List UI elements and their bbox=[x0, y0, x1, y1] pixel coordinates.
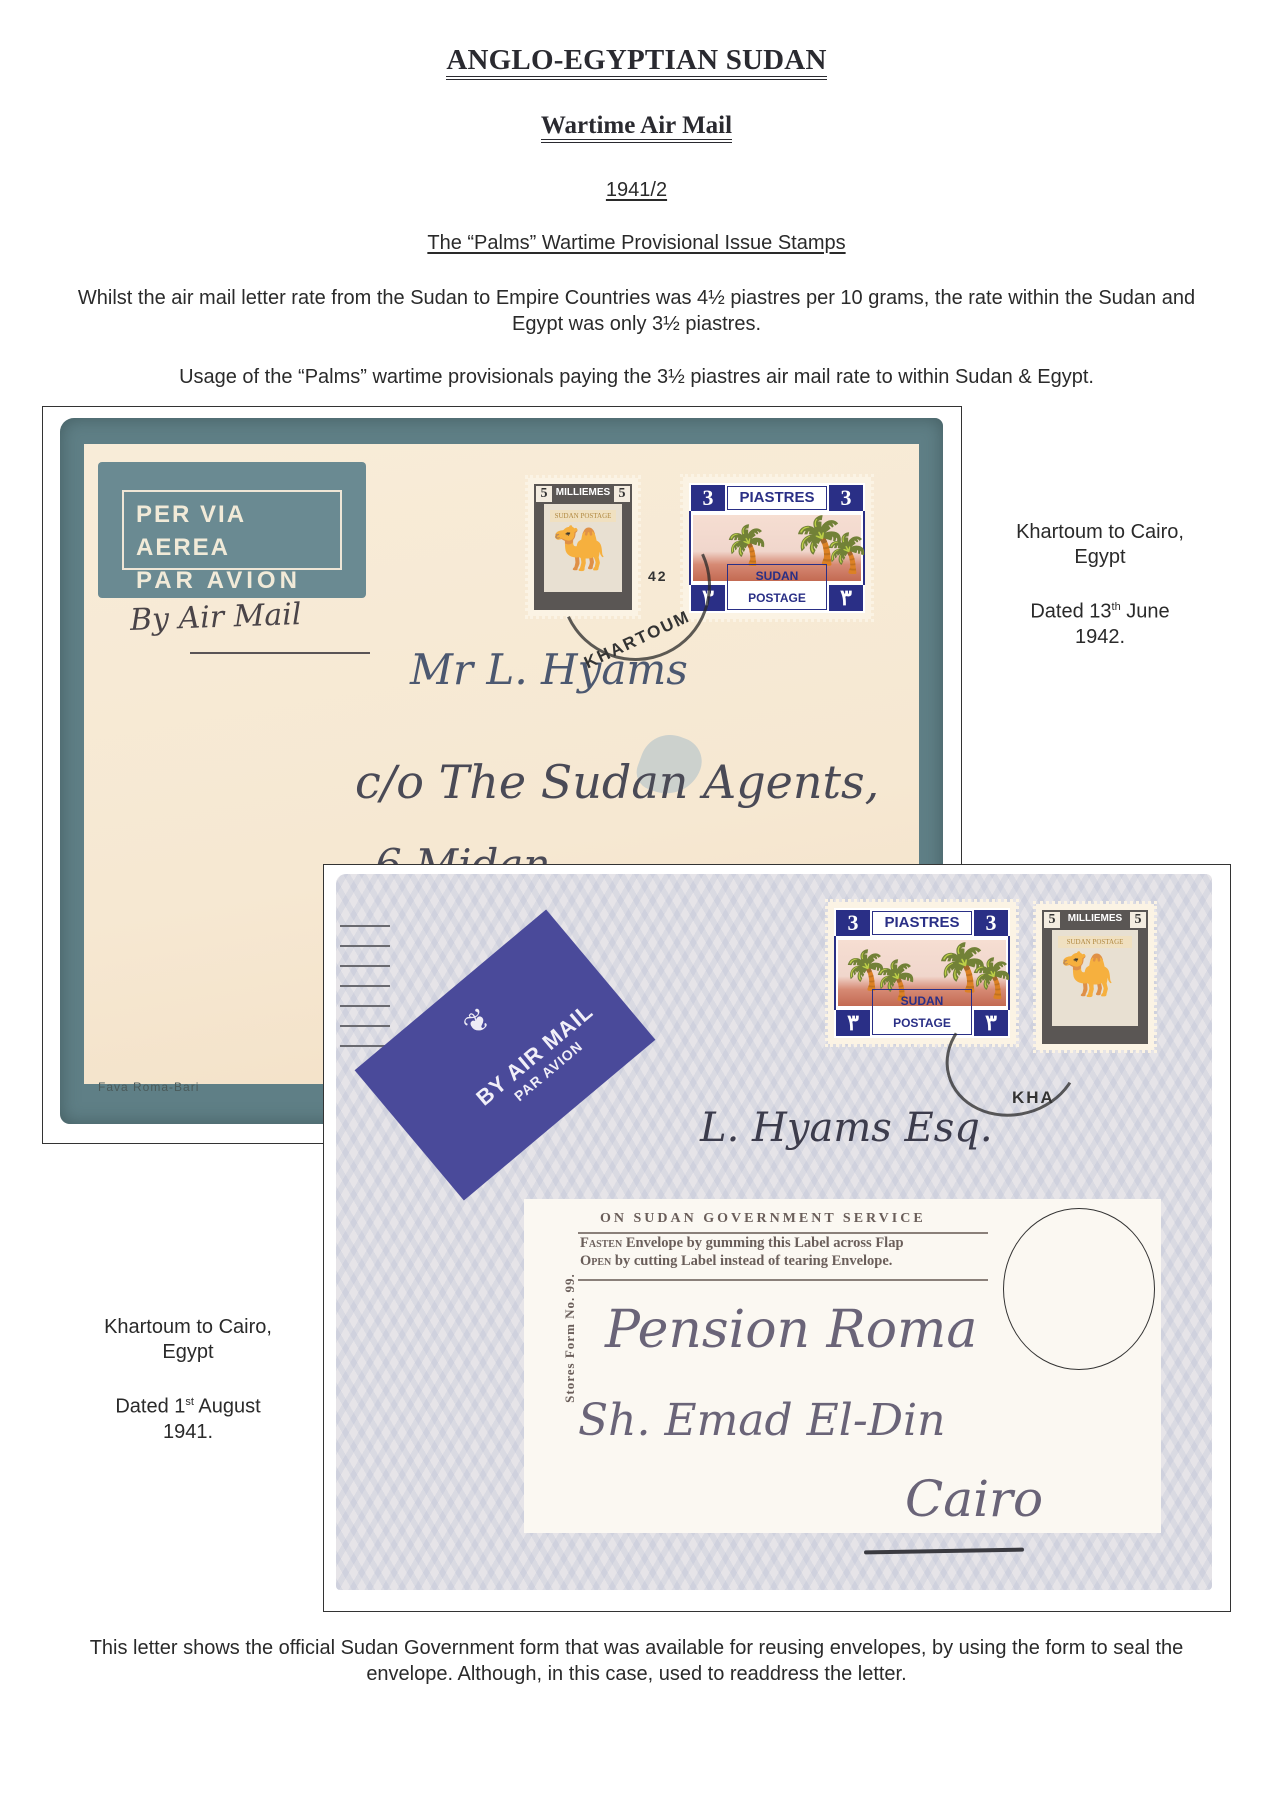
form-fasten-lead: Fasten bbox=[580, 1235, 622, 1251]
page-subtitle-text: Wartime Air Mail bbox=[541, 112, 732, 143]
palm-tree-icon: 🌴 bbox=[723, 527, 770, 565]
palm-tree-icon: 🌴 bbox=[823, 535, 870, 573]
cover2-address: L. Hyams Esq. bbox=[700, 1105, 993, 1151]
cover2-caption: Khartoum to Cairo, Egypt Dated 1st Augus… bbox=[68, 1315, 308, 1445]
issue-text: The “Palms” Wartime Provisional Issue St… bbox=[427, 232, 845, 254]
stamp-value: 3 bbox=[691, 485, 725, 511]
stamp-value: 3 bbox=[974, 910, 1008, 936]
machine-cancel-line bbox=[340, 1005, 390, 1007]
stamp-value: 5 bbox=[614, 486, 630, 502]
caption-date-ordinal: st bbox=[185, 1396, 194, 1408]
form-rule bbox=[578, 1279, 988, 1281]
machine-cancel-line bbox=[340, 945, 390, 947]
machine-cancel-line bbox=[340, 965, 390, 967]
camel-rider-icon: 🐪 bbox=[1060, 948, 1115, 1000]
manuscript-underline bbox=[190, 652, 370, 654]
cover1-caption: Khartoum to Cairo, Egypt Dated 13th June… bbox=[980, 520, 1220, 650]
form-open-text: by cutting Label instead of tearing Enve… bbox=[611, 1253, 892, 1269]
page-title-text: ANGLO-EGYPTIAN SUDAN bbox=[446, 44, 826, 80]
caption-country: Egypt bbox=[162, 1341, 213, 1363]
stamp-bottom-text: SUDAN POSTAGE bbox=[727, 564, 827, 610]
caption-year: 1941. bbox=[163, 1421, 213, 1443]
form-rule bbox=[578, 1232, 988, 1234]
stamp-value: 5 bbox=[1044, 912, 1060, 928]
stamp-value: 5 bbox=[536, 486, 552, 502]
postmark-town: KHA bbox=[1012, 1088, 1055, 1108]
caption-route: Khartoum to Cairo, bbox=[1016, 521, 1184, 543]
footer-paragraph: This letter shows the official Sudan Gov… bbox=[70, 1635, 1203, 1687]
caption-route: Khartoum to Cairo, bbox=[104, 1316, 272, 1338]
printer-imprint: Fava Roma-Bari bbox=[98, 1080, 199, 1094]
form-instruction-fasten: Fasten Envelope by gumming this Label ac… bbox=[580, 1235, 904, 1252]
postmark-date: 42 bbox=[648, 568, 668, 584]
usage-paragraph: Usage of the “Palms” wartime provisional… bbox=[60, 366, 1213, 389]
stamp-value: 5 bbox=[1130, 912, 1146, 928]
form-seal-circle bbox=[1003, 1208, 1155, 1370]
cover1-address-line2: c/o The Sudan Agents, bbox=[355, 755, 879, 809]
form-open-lead: Open bbox=[580, 1253, 611, 1269]
issue-heading: The “Palms” Wartime Provisional Issue St… bbox=[0, 232, 1273, 255]
stamp-banner: SUDAN POSTAGE bbox=[1058, 936, 1132, 948]
airmail-label-line2: PAR AVION bbox=[136, 564, 340, 597]
cover1-airmail-label: PER VIA AEREA PAR AVION bbox=[98, 462, 366, 598]
readdress-line2: Sh. Emad El-Din bbox=[578, 1395, 945, 1446]
caption-date: Dated 13 bbox=[1030, 601, 1111, 623]
period-heading: 1941/2 bbox=[0, 179, 1273, 202]
caption-date: Dated 1 bbox=[115, 1396, 185, 1418]
page-subtitle: Wartime Air Mail bbox=[0, 112, 1273, 140]
stamp-top-text: PIASTRES bbox=[727, 486, 827, 510]
page-title: ANGLO-EGYPTIAN SUDAN bbox=[0, 44, 1273, 77]
stamp-arabic-value: ٣ bbox=[836, 1010, 870, 1036]
stamp-value: 3 bbox=[829, 485, 863, 511]
form-fasten-text: Envelope by gumming this Label across Fl… bbox=[622, 1235, 903, 1251]
caption-month: June bbox=[1121, 601, 1170, 623]
caption-year: 1942. bbox=[1075, 626, 1125, 648]
machine-cancel-line bbox=[340, 985, 390, 987]
stamp-arabic-value: ٣ bbox=[829, 585, 863, 611]
period-text: 1941/2 bbox=[606, 179, 667, 201]
readdress-line1: Pension Roma bbox=[605, 1300, 977, 1360]
intro-paragraph: Whilst the air mail letter rate from the… bbox=[70, 285, 1203, 337]
form-instruction-open: Open by cutting Label instead of tearing… bbox=[580, 1253, 892, 1270]
stamp-value: 3 bbox=[836, 910, 870, 936]
airmail-label-line1: PER VIA AEREA bbox=[136, 498, 340, 564]
machine-cancel-line bbox=[340, 1025, 390, 1027]
form-heading: ON SUDAN GOVERNMENT SERVICE bbox=[600, 1211, 926, 1227]
caption-month: August bbox=[194, 1396, 261, 1418]
form-number: Stores Form No. 99. bbox=[562, 1238, 578, 1438]
stamp-3-piastres-palms: 🌴 🌴 🌴 3 3 PIASTRES ٣ ٣ SUDAN POSTAGE bbox=[683, 477, 871, 619]
manuscript-by-air-mail: By Air Mail bbox=[129, 597, 302, 638]
readdress-line3: Cairo bbox=[905, 1470, 1043, 1528]
caption-date-ordinal: th bbox=[1112, 601, 1121, 613]
stamp-top-text: PIASTRES bbox=[872, 911, 972, 935]
palm-tree-icon: 🌴 bbox=[968, 960, 1015, 998]
caption-country: Egypt bbox=[1074, 546, 1125, 568]
machine-cancel-line bbox=[340, 925, 390, 927]
